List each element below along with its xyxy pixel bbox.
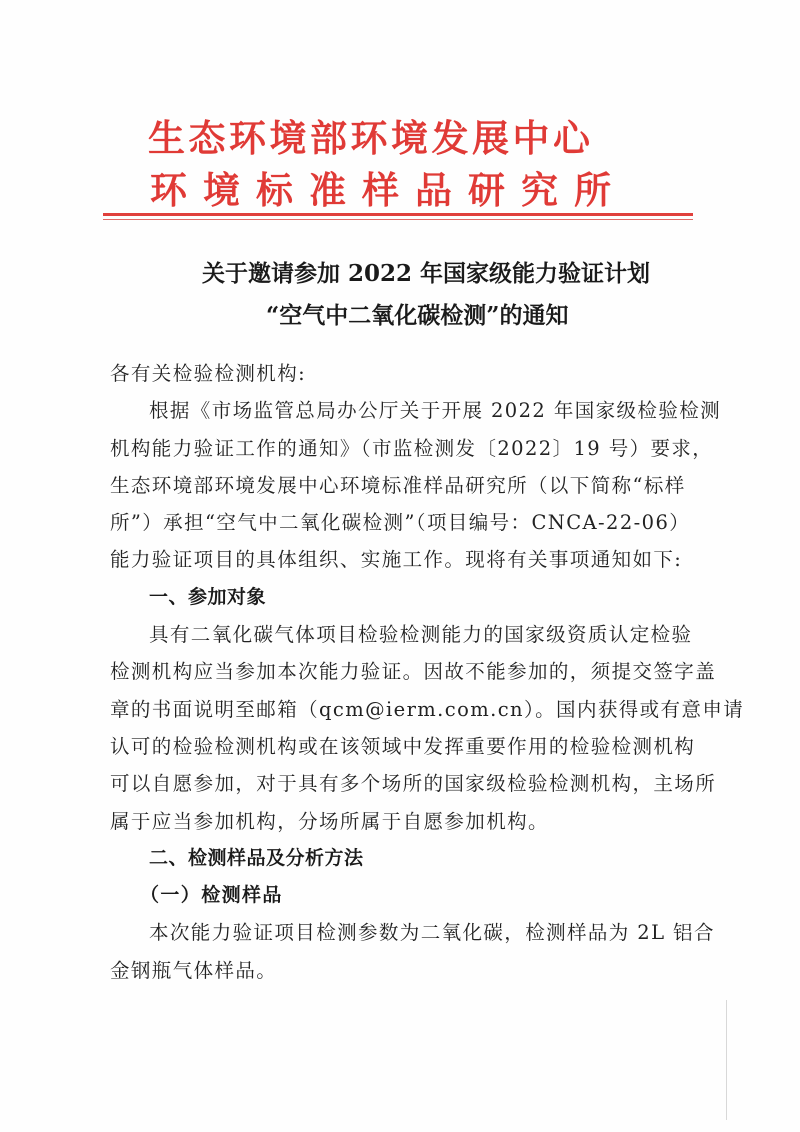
document-body: 各有关检验检测机构: 根据《市场监管总局办公厅关于开展 2022 年国家级检验检… (110, 355, 710, 989)
section1-line: 可以自愿参加，对于具有多个场所的国家级检验检测机构，主场所 (110, 765, 710, 802)
document-page: 生态环境部环境发展中心 环境标准样品研究所 关于邀请参加 2022 年国家级能力… (0, 0, 800, 1132)
section2-sub1-heading: （一）检测样品 (110, 877, 710, 914)
salutation: 各有关检验检测机构: (110, 355, 710, 392)
section1-line: 具有二氧化碳气体项目检验检测能力的国家级资质认定检验 (110, 616, 710, 653)
intro-line: 所”）承担“空气中二氧化碳检测”（项目编号：CNCA-22-06） (110, 504, 710, 541)
section1-line: 章的书面说明至邮箱（qcm@ierm.com.cn）。国内获得或有意申请 (110, 691, 710, 728)
letterhead-org-name: 生态环境部环境发展中心 (148, 108, 668, 162)
document-title-line1: 关于邀请参加 2022 年国家级能力验证计划 (202, 255, 662, 288)
section1-line: 属于应当参加机构，分场所属于自愿参加机构。 (110, 803, 710, 840)
section1-heading: 一、参加对象 (110, 579, 710, 616)
section1-line: 检测机构应当参加本次能力验证。因故不能参加的，须提交签字盖 (110, 653, 710, 690)
intro-line: 机构能力验证工作的通知》（市监检测发〔2022〕19 号）要求， (110, 430, 710, 467)
letterhead-rule-thick (103, 213, 693, 216)
scan-edge-line (726, 1000, 727, 1120)
document-title-line2: “空气中二氧化碳检测”的通知 (266, 297, 626, 330)
intro-line: 根据《市场监管总局办公厅关于开展 2022 年国家级检验检测 (110, 392, 710, 429)
intro-line: 生态环境部环境发展中心环境标准样品研究所（以下简称“标样 (110, 467, 710, 504)
section2-heading: 二、检测样品及分析方法 (110, 840, 710, 877)
section2-sub1-line: 金钢瓶气体样品。 (110, 952, 710, 989)
letterhead-institute-name: 环境标准样品研究所 (150, 160, 670, 214)
intro-line: 能力验证项目的具体组织、实施工作。现将有关事项通知如下: (110, 541, 710, 578)
section1-line: 认可的检验检测机构或在该领域中发挥重要作用的检验检测机构 (110, 728, 710, 765)
section2-sub1-line: 本次能力验证项目检测参数为二氧化碳，检测样品为 2L 铝合 (110, 914, 710, 951)
letterhead-rule-thin (103, 219, 693, 220)
